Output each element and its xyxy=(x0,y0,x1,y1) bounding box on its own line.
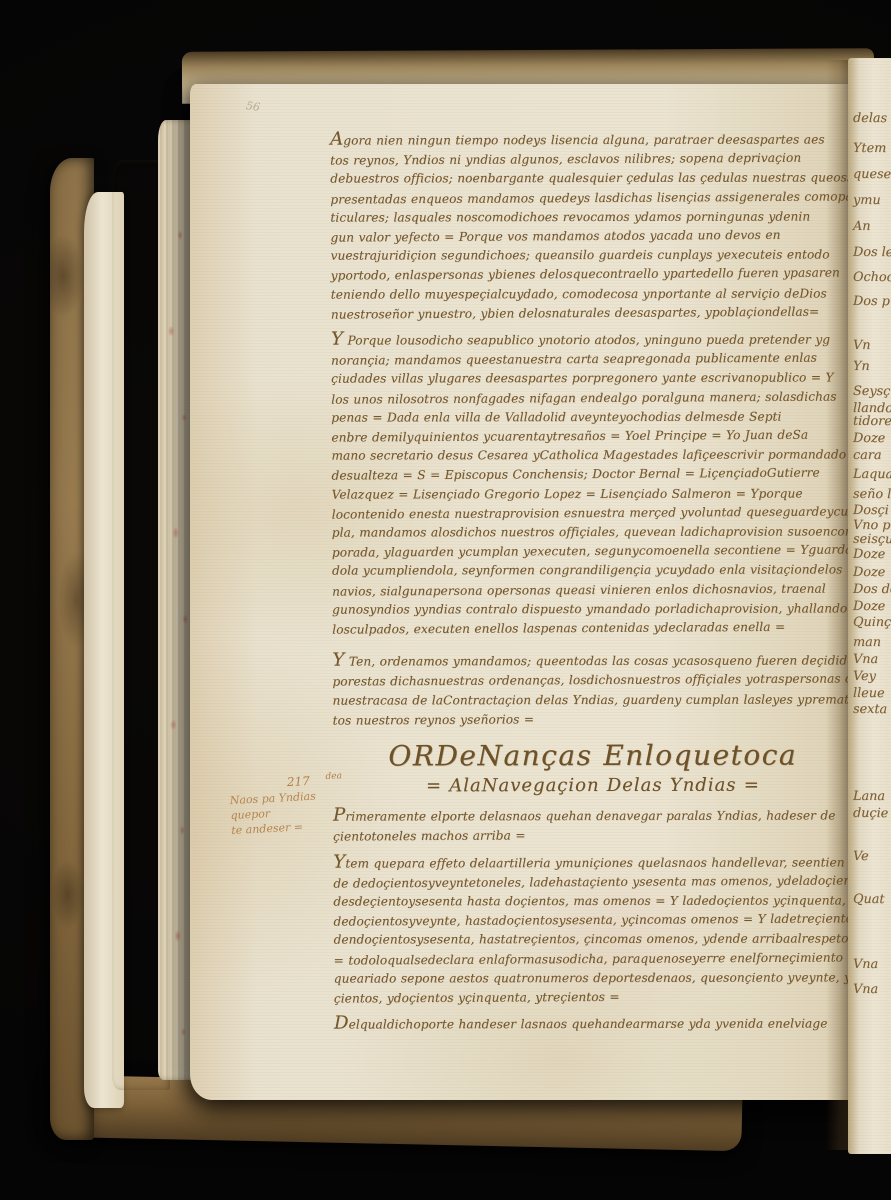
facing-page-edge-strip: delasYtemqueseymuAnDos leOchocDos pVnYnS… xyxy=(848,58,891,1154)
facing-page-text-fragment: Vna xyxy=(853,958,878,972)
facing-page-text-fragment: Doze xyxy=(853,566,885,580)
facing-page-text-fragment: Ochoc xyxy=(853,271,891,285)
manuscript-line: çientos, ydoçientos yçinquenta, ytreçien… xyxy=(334,986,854,1008)
manuscript-line: queariado sepone aestos quatronumeros de… xyxy=(334,968,854,988)
facing-page-text-fragment: Seysç xyxy=(853,385,890,399)
manuscript-line: Primeramente elporte delasnaos quehan de… xyxy=(333,805,853,827)
manuscript-line: dola ycumpliendola, seynformen congrandi… xyxy=(332,561,852,581)
facing-page-text-fragment: Doze xyxy=(853,548,885,562)
paragraph: Y Porque lousodicho seapublico ynotorio … xyxy=(331,328,852,640)
facing-page-text-fragment: Lana xyxy=(853,790,885,804)
text-block: Agora nien ningun tiempo nodeys lisencia… xyxy=(330,128,854,1036)
paragraph: Ytem quepara effeto delaartilleria ymuni… xyxy=(333,850,854,1008)
facing-page-text-fragment: delas xyxy=(853,112,887,126)
facing-page-text-fragment: duçie xyxy=(853,807,888,821)
paragraph: Y Ten, ordenamos ymandamos; queentodas l… xyxy=(332,649,852,730)
manuscript-line: Agora nien ningun tiempo nodeys lisencia… xyxy=(330,128,850,150)
manuscript-line: = todoloqualsedeclara enlaformasusodicha… xyxy=(334,948,854,970)
facing-page-text-fragment: Vn xyxy=(853,339,871,353)
paragraph: Primeramente elporte delasnaos quehan de… xyxy=(333,804,853,847)
facing-page-text-fragment: Dos de xyxy=(853,583,891,597)
facing-page-text-fragment: Dos p xyxy=(853,295,890,309)
manuscript-line: gunosyndios yyndias contralo dispuesto y… xyxy=(332,599,852,619)
margin-note-superscript: dea xyxy=(325,771,342,782)
facing-page-text-fragment: Quinçe xyxy=(853,616,891,630)
paragraph: Delqualdichoporte handeser lasnaos queha… xyxy=(334,1012,854,1035)
paragraph: Agora nien ningun tiempo nodeys lisencia… xyxy=(330,128,851,324)
manuscript-line: nuestroseñor ynuestro, ybien delosnatura… xyxy=(331,302,851,324)
facing-page-text-fragment: Yn xyxy=(853,360,870,374)
facing-page-text-fragment: Vey xyxy=(853,670,876,684)
faint-pencil-mark: 56 xyxy=(245,99,261,114)
manuscript-line: çientotoneles machos arriba = xyxy=(333,825,853,847)
facing-page-text-fragment: Doze xyxy=(853,600,885,614)
facing-page-text-fragment: Vna xyxy=(853,653,878,667)
manuscript-line: presentadas enqueos mandamos quedeys las… xyxy=(330,187,850,209)
manuscript-line: ORDeNanças Enloquetoca xyxy=(333,739,853,774)
margin-note-rubric: 217dea Naos pa Yndias quepor te andeser … xyxy=(228,769,351,838)
facing-page-text-fragment: tidores xyxy=(853,415,891,429)
manuscript-photo: 56 Agora nien ningun tiempo nodeys lisen… xyxy=(0,0,891,1200)
manuscript-line: Ytem quepara effeto delaartilleria ymuni… xyxy=(333,851,853,873)
facing-page-text-fragment: sexta xyxy=(853,703,887,717)
manuscript-line: Velazquez = Lisençiado Gregorio Lopez = … xyxy=(332,484,852,504)
manuscript-line: yportodo, enlaspersonas ybienes delosque… xyxy=(331,264,851,286)
facing-page-text-fragment: Ytem xyxy=(853,142,886,156)
paragraph: ORDeNanças Enloquetoca xyxy=(333,738,853,774)
facing-page-text-fragment: Vna xyxy=(853,983,878,997)
manuscript-line: dedoçientosyveynte, hastadoçientosysesen… xyxy=(333,910,853,932)
folio-number: 217 xyxy=(287,774,311,789)
manuscript-line: porestas dichasnuestras ordenanças, losd… xyxy=(332,670,852,692)
facing-page-text-fragment: Doze xyxy=(853,432,885,446)
manuscript-page-verso: 56 Agora nien ningun tiempo nodeys lisen… xyxy=(190,84,862,1100)
facing-page-text-fragment: man xyxy=(853,636,881,650)
manuscript-line: ticulares; lasquales noscomodichoes revo… xyxy=(330,207,850,227)
manuscript-line: desdeçientoysesenta hasta doçientos, mas… xyxy=(333,891,853,911)
facing-page-text-fragment: Laqua xyxy=(853,468,891,482)
manuscript-line: tos nuestros reynos yseñorios = xyxy=(333,708,853,730)
manuscript-line: desualteza = S = Episcopus Conchensis; D… xyxy=(331,464,851,486)
paragraph: = AlaNavegaçion Delas Yndias = xyxy=(333,772,853,800)
manuscript-line: Y Porque lousodicho seapublico ynotorio … xyxy=(331,328,851,350)
manuscript-line: pla, mandamos alosdichos nuestros offiçi… xyxy=(332,522,852,542)
manuscript-line: losculpados, executen enellos laspenas c… xyxy=(332,617,852,639)
manuscript-line: penas = Dada enla villa de Valladolid av… xyxy=(331,407,851,427)
facing-page-text-fragment: quese xyxy=(853,168,891,182)
facing-page-text-fragment: seisçu xyxy=(853,533,891,547)
facing-page-text-fragment: Dosçi xyxy=(853,504,889,518)
manuscript-line: gun valor yefecto = Porque vos mandamos … xyxy=(330,225,850,247)
manuscript-line: los unos nilosotros nonfagades nifagan e… xyxy=(331,387,851,409)
facing-page-text-fragment: Dos le xyxy=(853,246,891,260)
manuscript-line: enbre demilyquinientos ycuarentaytresaño… xyxy=(331,425,851,447)
facing-page-text-fragment: cara xyxy=(853,449,882,463)
manuscript-line: debuestros officios; noenbargante quales… xyxy=(330,169,850,189)
manuscript-line: de dedoçientosyveyntetoneles, ladehastaç… xyxy=(333,871,853,893)
facing-page-text-fragment: Quat xyxy=(853,893,885,907)
manuscript-line: = AlaNavegaçion Delas Yndias = xyxy=(333,773,853,800)
facing-page-text-fragment: Ve xyxy=(853,850,869,864)
manuscript-line: teniendo dello muyespeçialcuydado, comod… xyxy=(331,284,851,304)
manuscript-line: Y Ten, ordenamos ymandamos; queentodas l… xyxy=(332,650,852,672)
manuscript-line: Delqualdichoporte handeser lasnaos queha… xyxy=(334,1013,854,1035)
facing-page-text-fragment: lleue xyxy=(853,687,885,701)
facing-page-text-fragment: An xyxy=(853,220,871,234)
manuscript-line: dendoçientosysesenta, hastatreçientos, ç… xyxy=(334,930,854,950)
manuscript-line: navios, sialgunapersona opersonas queasi… xyxy=(332,579,852,601)
manuscript-line: çiudades villas ylugares deesaspartes po… xyxy=(331,369,851,389)
manuscript-line: nuestracasa de laContractaçion delas Ynd… xyxy=(332,690,852,710)
manuscript-line: locontenido enesta nuestraprovision esnu… xyxy=(332,502,852,524)
facing-page-text-fragment: seño l xyxy=(853,488,891,502)
facing-page-text-fragment: ymu xyxy=(853,194,881,208)
